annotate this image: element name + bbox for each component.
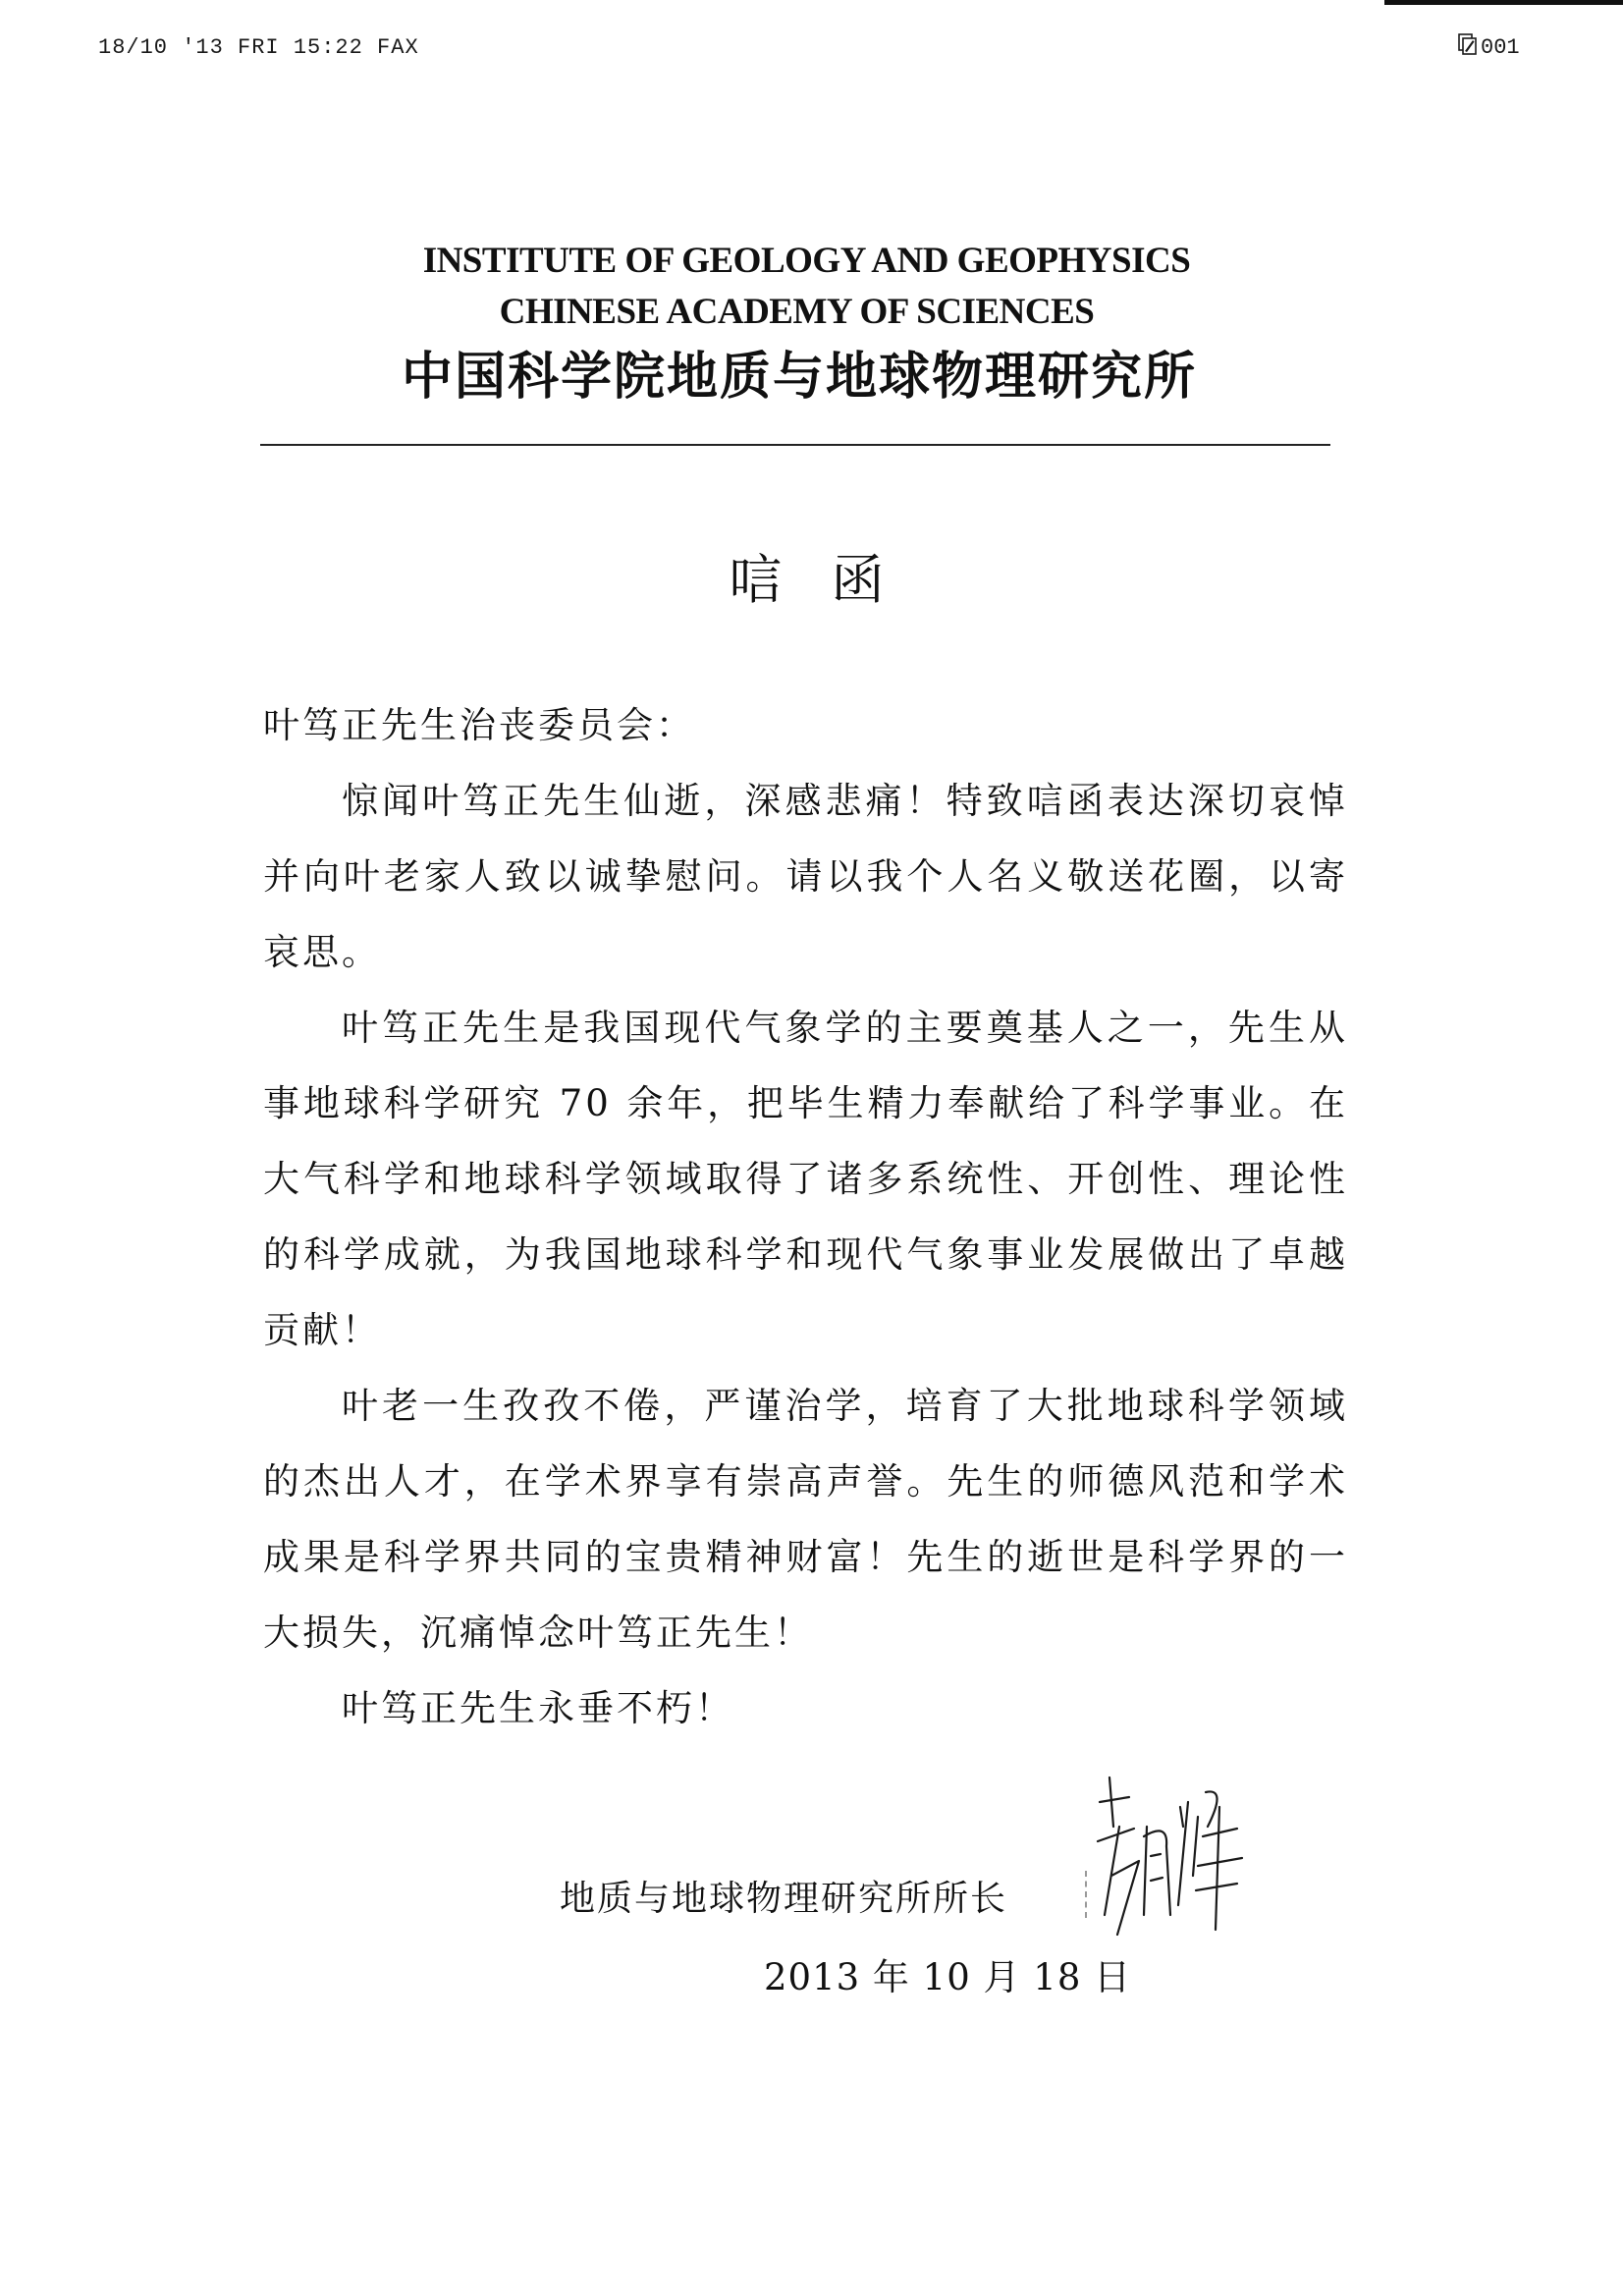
fax-transmission-header: 18/10 '13 FRI 15:22 FAX [98,35,419,60]
paragraph-legacy: 叶老一生孜孜不倦，严谨治学，培育了大批地球科学领域的杰出人才，在学术界享有崇高声… [263,1368,1348,1670]
fax-page-counter: 001 [1458,33,1520,62]
salutation: 叶笃正先生治丧委员会： [263,687,1348,763]
document-title: 唁函 [0,538,1623,614]
signoff-title: 地质与地球物理研究所所长 [560,1871,1007,1921]
scan-top-edge [1384,0,1623,5]
institute-chinese-name: 中国科学院地质与地球物理研究所 [0,342,1623,412]
handwritten-signature [1090,1768,1257,1954]
institute-english-name: INSTITUTE OF GEOLOGY AND GEOPHYSICS [0,236,1623,287]
paragraph-achievements: 叶笃正先生是我国现代气象学的主要奠基人之一，先生从事地球科学研究 70 余年，把… [263,990,1348,1368]
letter-body: 叶笃正先生治丧委员会： 惊闻叶笃正先生仙逝，深感悲痛！特致唁函表达深切哀悼并向叶… [263,687,1348,1746]
academy-english-name: CHINESE ACADEMY OF SCIENCES [0,287,1623,338]
paragraph-closing: 叶笃正先生永垂不朽！ [263,1670,1348,1746]
fax-page-icon [1458,33,1478,62]
page-number: 001 [1481,35,1520,60]
signature-guide-mark [1085,1871,1087,1918]
paragraph-condolence: 惊闻叶笃正先生仙逝，深感悲痛！特致唁函表达深切哀悼并向叶老家人致以诚挚慰问。请以… [263,763,1348,990]
letterhead: INSTITUTE OF GEOLOGY AND GEOPHYSICS CHIN… [0,236,1623,412]
letterhead-divider [260,444,1330,446]
letter-date: 2013 年 10 月 18 日 [764,1947,1131,2000]
